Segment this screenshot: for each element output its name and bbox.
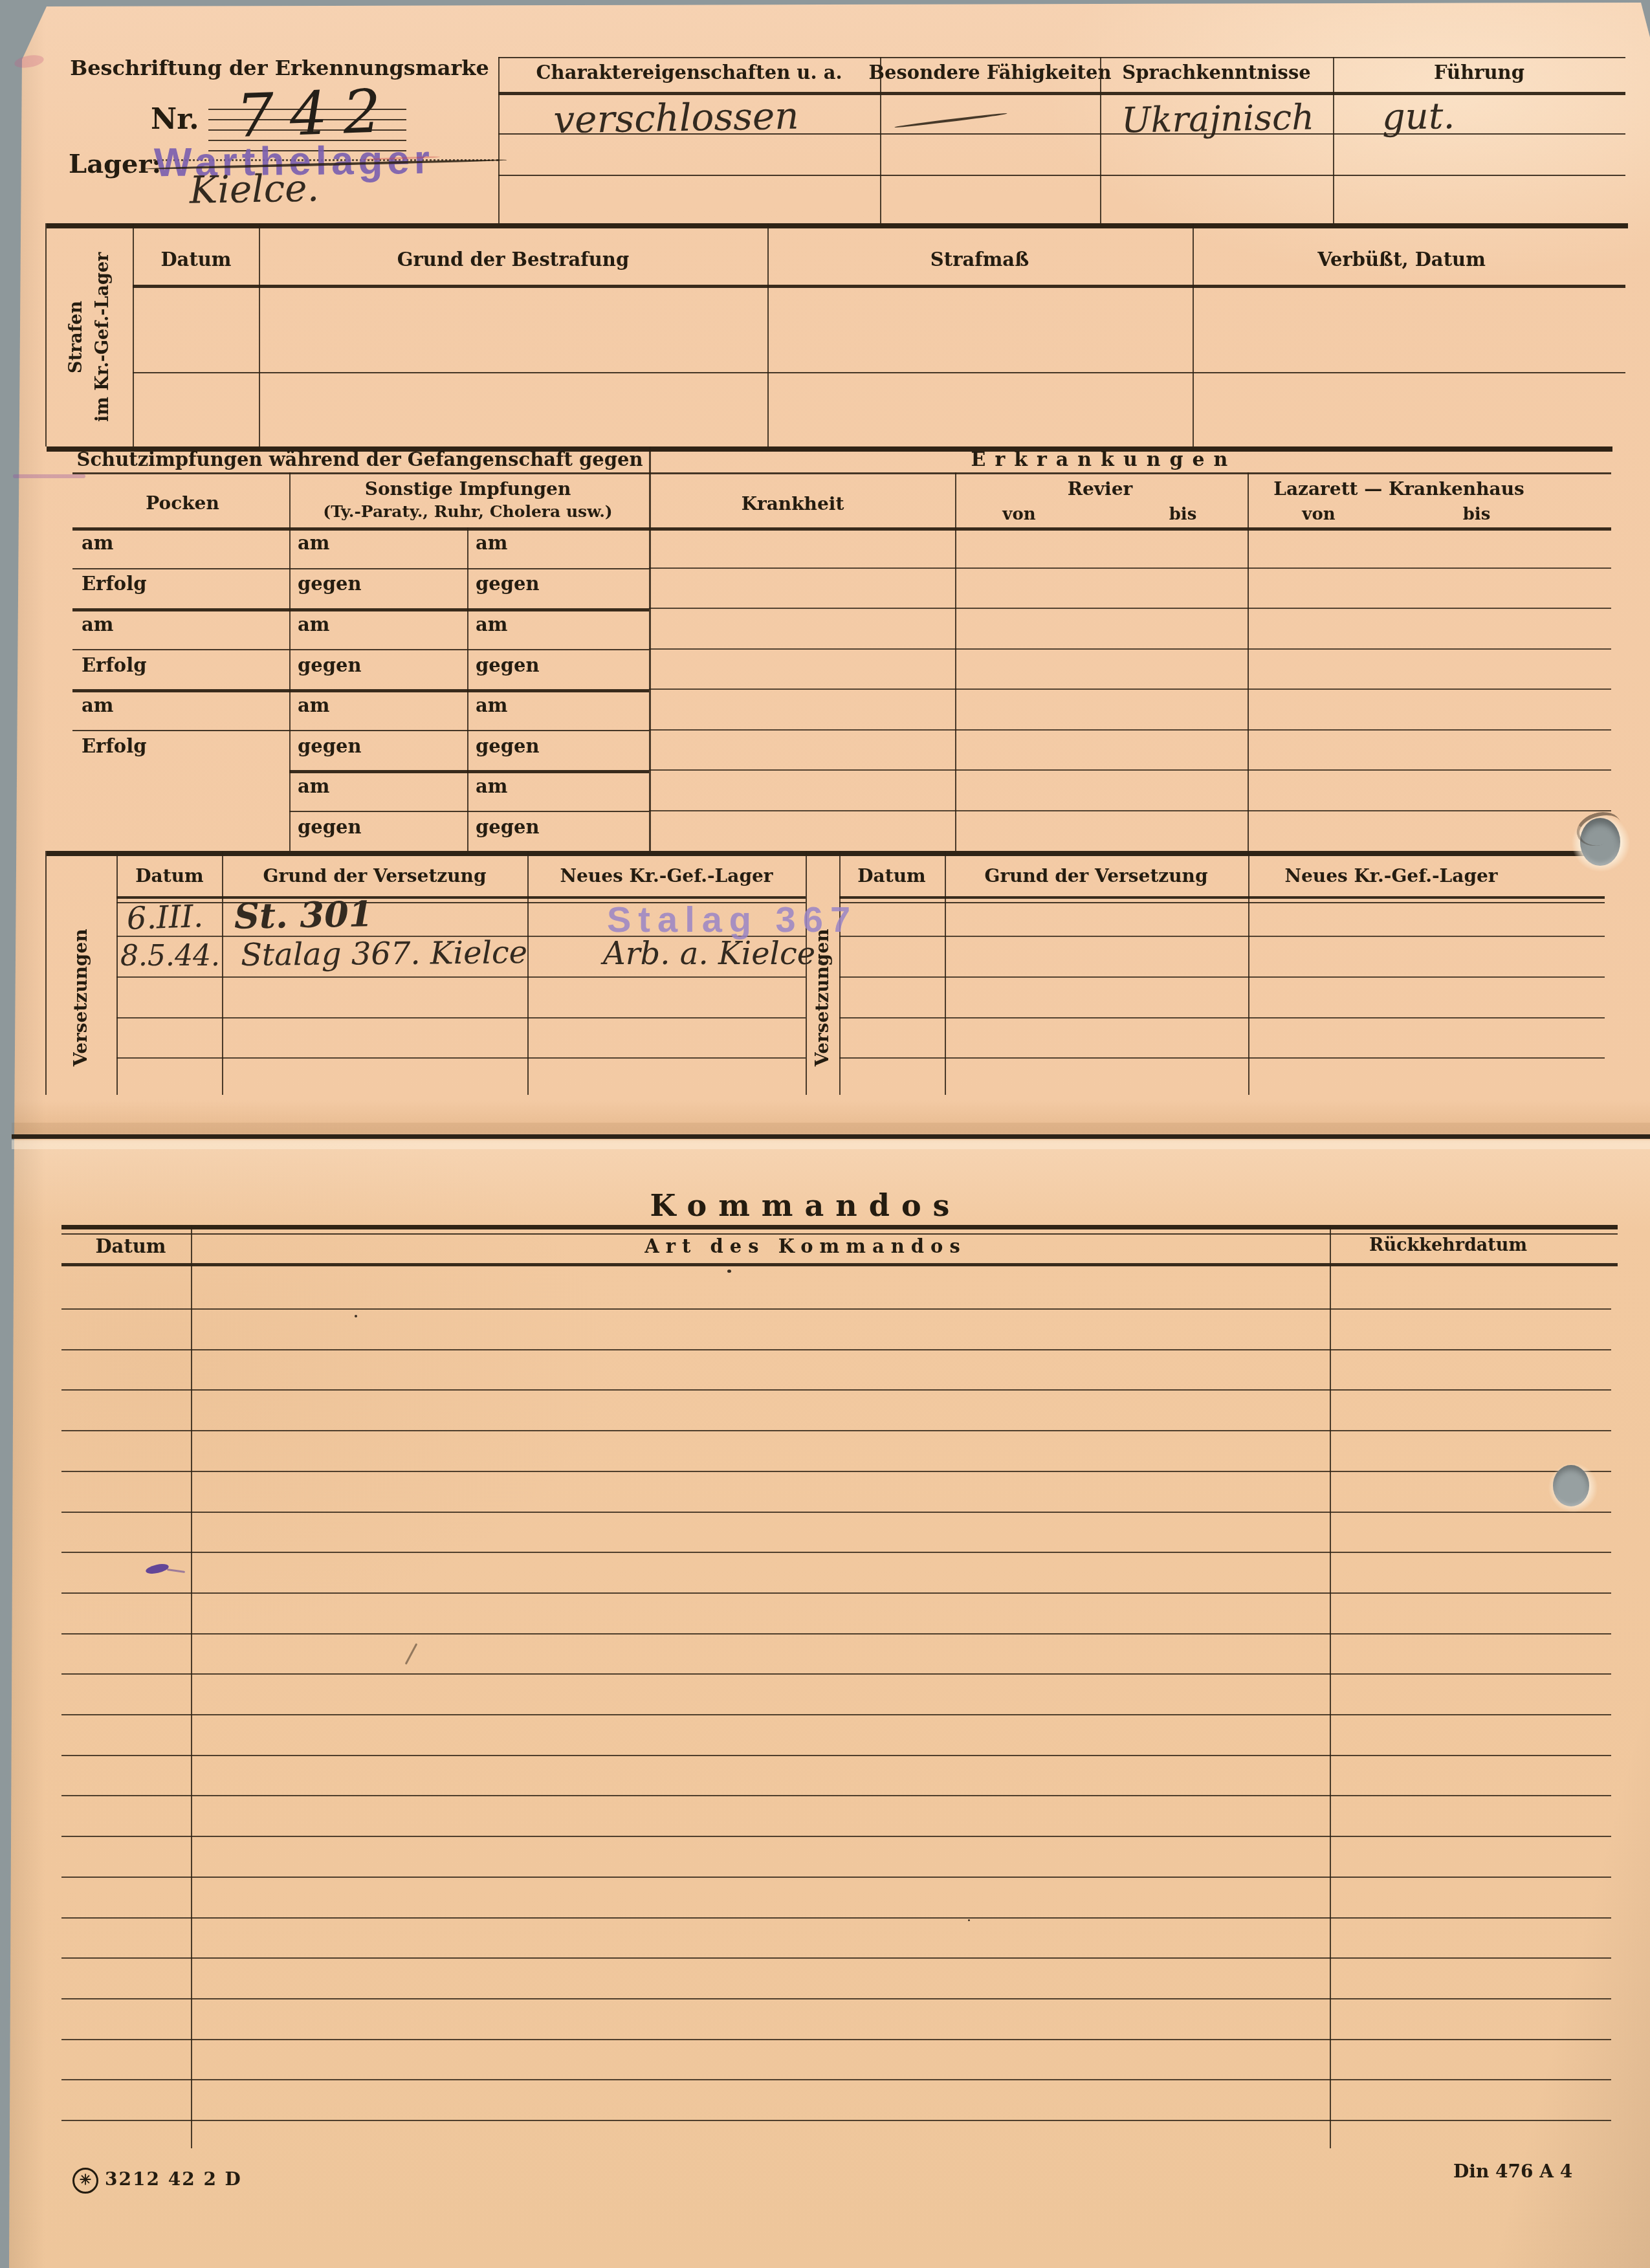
handwritten-camp-kielce: Kielce. xyxy=(189,166,319,212)
column-header-versetzung-datum: Datum xyxy=(135,866,203,886)
transfer-row-rules xyxy=(839,936,1605,1062)
column-header-fuehrung: Führung xyxy=(1434,62,1524,83)
vaccination-cell-label: Erfolg xyxy=(82,736,147,756)
table-rule xyxy=(72,730,649,731)
section-divider xyxy=(47,851,1612,856)
vaccination-cell-label: Erfolg xyxy=(82,573,147,594)
table-rule xyxy=(1333,57,1334,223)
table-rule xyxy=(61,1263,1618,1266)
printers-mark-glyph: ✳ xyxy=(80,2172,91,2188)
illness-row-rules xyxy=(649,567,1611,813)
footer-print-code: 3212 42 2 D xyxy=(105,2169,242,2189)
fold-highlight xyxy=(12,1140,1650,1149)
vaccination-cell-label: am xyxy=(298,776,329,797)
table-rule xyxy=(289,811,649,812)
table-rule xyxy=(498,57,1625,58)
table-rule xyxy=(45,851,47,1095)
nr-label: Nr. xyxy=(151,104,199,135)
table-rule xyxy=(72,608,649,611)
column-header-kommando-art: Art des Kommandos xyxy=(644,1236,967,1257)
column-header-revier-von: von xyxy=(1002,505,1035,524)
footer-din-code: Din 476 A 4 xyxy=(1453,2161,1572,2181)
table-rule xyxy=(498,175,1625,176)
table-rule xyxy=(45,223,47,446)
scanned-pow-record-card: Beschriftung der Erkennungsmarke Nr. 742… xyxy=(0,0,1650,2268)
table-rule xyxy=(880,57,881,223)
handwritten-transfer-reason: St. 301 xyxy=(234,893,373,937)
table-rule xyxy=(61,1233,1618,1235)
table-rule xyxy=(806,851,807,1095)
column-header-revier: Revier xyxy=(1068,479,1133,499)
transfer-stamp-stalag-367: Stalag 367 xyxy=(607,898,857,940)
table-rule xyxy=(289,472,291,851)
column-header-strafen-datum: Datum xyxy=(160,249,231,270)
column-header-grund-bestrafung: Grund der Bestrafung xyxy=(397,249,629,270)
kommando-row-rules xyxy=(61,1308,1611,2124)
table-rule xyxy=(498,57,500,223)
table-rule xyxy=(498,133,1625,135)
handwritten-transfer-reason: Stalag 367. Kielce xyxy=(241,934,528,973)
table-rule xyxy=(72,689,649,692)
column-header-lazarett: Lazarett — Krankenhaus xyxy=(1273,479,1524,499)
table-rule xyxy=(498,92,1625,95)
fold-shadow xyxy=(12,1123,1650,1134)
vaccination-cell-label: gegen xyxy=(298,655,362,676)
column-header-krankheit: Krankheit xyxy=(742,494,844,514)
vaccination-cell-label: am xyxy=(298,695,329,716)
table-rule xyxy=(839,902,1605,903)
column-header-lazarett-bis: bis xyxy=(1463,505,1491,524)
column-header-verbuesst: Verbüßt, Datum xyxy=(1317,249,1486,270)
column-header-pocken: Pocken xyxy=(146,493,219,513)
section-header-schutzimpfungen: Schutzimpfungen während der Gefangenscha… xyxy=(76,449,643,470)
vaccination-cell-label: am xyxy=(82,695,113,716)
column-header-strafmass: Strafmaß xyxy=(930,249,1029,270)
table-rule xyxy=(72,568,649,569)
table-rule xyxy=(839,896,1605,899)
column-header-versetzung-neues: Neues Kr.-Gef.-Lager xyxy=(560,866,773,886)
section-title-kommandos: Kommandos xyxy=(650,1189,962,1223)
vaccination-cell-label: am xyxy=(298,533,329,553)
vaccination-cell-label: gegen xyxy=(298,817,362,837)
column-header-versetzung-datum: Datum xyxy=(857,866,925,886)
vaccination-cell-label: am xyxy=(476,614,507,635)
column-header-kommando-datum: Datum xyxy=(95,1236,166,1257)
table-rule xyxy=(72,472,1611,474)
table-rule xyxy=(72,527,1611,531)
table-rule xyxy=(61,1225,1618,1229)
side-label-strafen-line1: Strafen xyxy=(66,301,86,373)
vaccination-cell-label: am xyxy=(476,695,507,716)
table-rule xyxy=(72,649,649,650)
table-rule xyxy=(259,223,260,446)
section-divider xyxy=(47,223,1628,228)
vaccination-cell-label: am xyxy=(82,614,113,635)
column-header-sonstige-detail: (Ty.-Paraty., Ruhr, Cholera usw.) xyxy=(323,503,612,521)
fold-crease-line xyxy=(12,1134,1650,1139)
column-header-sprachkenntnisse: Sprachkenntnisse xyxy=(1122,62,1310,83)
handwritten-transfer-newcamp: Arb. a. Kielce. xyxy=(603,936,826,972)
column-header-versetzung-grund: Grund der Versetzung xyxy=(984,866,1207,886)
ink-speck xyxy=(355,1315,357,1317)
table-rule xyxy=(191,1225,192,2148)
column-header-charakter: Charaktereigenschaften u. a. xyxy=(536,62,842,83)
table-rule xyxy=(1330,1225,1331,2148)
section-header-erkrankungen: Erkrankungen xyxy=(971,449,1237,471)
table-rule xyxy=(133,285,1625,288)
column-header-sonstige-impfungen: Sonstige Impfungen xyxy=(365,479,571,499)
column-header-revier-bis: bis xyxy=(1169,505,1197,524)
vaccination-cell-label: Erfolg xyxy=(82,655,147,676)
handwritten-transfer-date: 6.III. xyxy=(126,898,204,937)
punch-hole xyxy=(1553,1465,1589,1506)
purple-smear xyxy=(13,474,85,478)
table-rule xyxy=(133,223,134,446)
side-label-strafen: Strafenim Kr.-Gef.-Lager xyxy=(63,234,129,440)
vaccination-cell-label: am xyxy=(476,533,507,553)
vaccination-cell-label: gegen xyxy=(476,655,540,676)
ink-speck xyxy=(727,1270,731,1273)
printers-mark-icon: ✳ xyxy=(72,2168,98,2194)
vaccination-cell-label: am xyxy=(82,533,113,553)
vaccination-cell-label: gegen xyxy=(298,573,362,594)
lager-label: Lager: xyxy=(69,150,161,179)
vaccination-cell-label: gegen xyxy=(476,573,540,594)
vaccination-cell-label: gegen xyxy=(298,736,362,756)
handwritten-fuehrung-value: gut. xyxy=(1381,95,1455,138)
table-rule xyxy=(1100,57,1101,223)
table-rule xyxy=(767,223,769,446)
side-label-versetzungen-left: Versetzungen xyxy=(67,907,94,1088)
table-rule xyxy=(289,770,649,773)
ink-speck xyxy=(968,1919,970,1921)
table-rule xyxy=(133,372,1625,373)
column-header-lazarett-von: von xyxy=(1302,505,1335,524)
vaccination-cell-label: gegen xyxy=(476,736,540,756)
column-header-versetzung-grund: Grund der Versetzung xyxy=(263,866,486,886)
column-header-versetzung-neues: Neues Kr.-Gef.-Lager xyxy=(1284,866,1497,886)
handwritten-transfer-date: 8.5.44. xyxy=(120,940,220,973)
column-header-rueckkehrdatum: Rückkehrdatum xyxy=(1369,1236,1527,1255)
table-rule xyxy=(1193,223,1194,446)
handwritten-charakter-value: verschlossen xyxy=(553,94,799,142)
id-block-title: Beschriftung der Erkennungsmarke xyxy=(70,57,489,80)
vaccination-cell-label: am xyxy=(476,776,507,797)
side-label-strafen-line2: im Kr.-Gef.-Lager xyxy=(93,252,113,422)
vaccination-cell-label: gegen xyxy=(476,817,540,837)
column-header-faehigkeiten: Besondere Fähigkeiten xyxy=(869,62,1112,83)
vaccination-cell-label: am xyxy=(298,614,329,635)
